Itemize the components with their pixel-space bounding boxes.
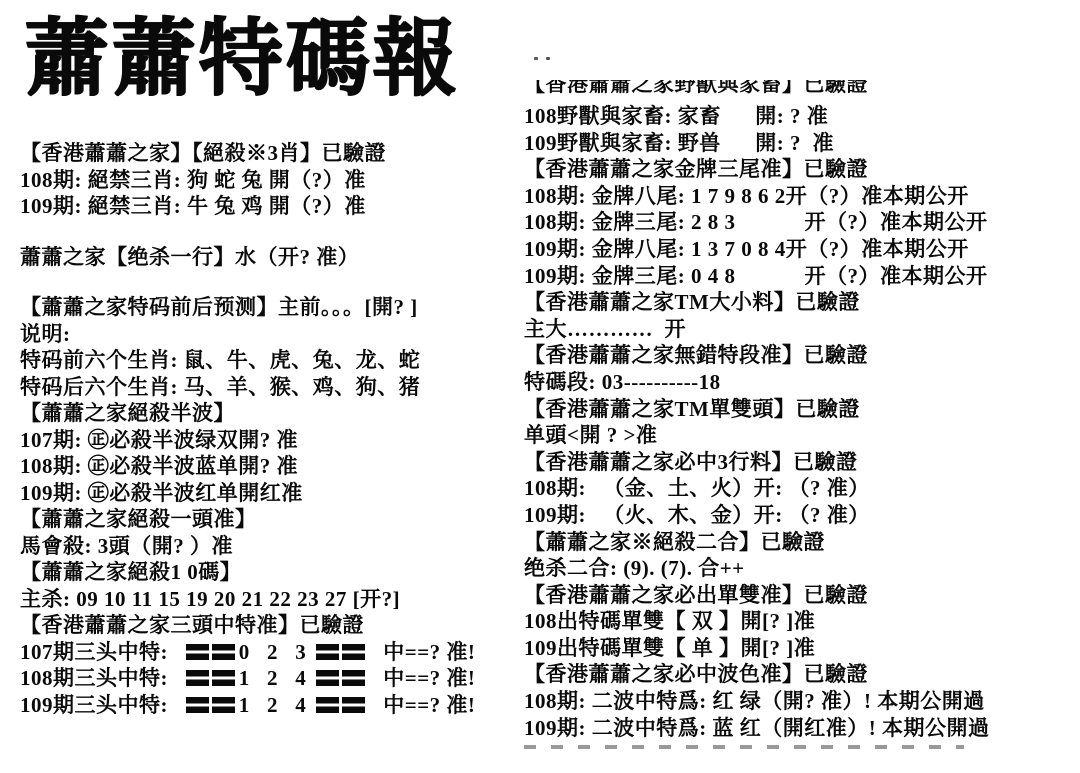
trigram-label: 109期三头中特: [20, 692, 174, 719]
page-title: 蕭蕭特碼報 [24, 10, 459, 109]
section-header: 【蕭蕭之家絕殺1 0碼】 [20, 559, 522, 586]
clipped-bottom-line [524, 745, 964, 749]
censored-blocks-icon [316, 670, 368, 686]
text-line: 109出特碼單雙【 单 】開[? ]准 [524, 635, 1076, 662]
text-line: 特码后六个生肖: 马、羊、猴、鸡、狗、猪 [20, 374, 522, 401]
text-line: 说明: [20, 321, 522, 348]
right-column: 【香港蕭蕭之家野獸與家畜】已驗證 108野獸與家畜: 家畜 開: ? 准 109… [524, 44, 1076, 749]
text-line: 108期: （金、土、火）开: （? 准） [524, 475, 1076, 502]
trigram-label: 107期三头中特: [20, 639, 174, 666]
section-header: 【蕭蕭之家※絕殺二合】已驗證 [524, 529, 1076, 556]
trigram-result: 中==? 准! [383, 692, 475, 719]
text-line: 109期: 二波中特爲: 蓝 红（開红准）! 本期公開過 [524, 715, 1076, 742]
text-line: 108期: 二波中特爲: 红 绿（開? 准）! 本期公開過 [524, 688, 1076, 715]
text-line: 108出特碼單雙【 双 】開[? ]准 [524, 608, 1076, 635]
trigram-line: 108期三头中特: 1 2 4 中==? 准! [20, 665, 522, 692]
text-line: 108期: ㊣必殺半波蓝单開? 准 [20, 453, 522, 480]
text-line: 单頭<開 ? >准 [524, 422, 1076, 449]
text-line: 蕭蕭之家【绝杀一行】水（开? 准） [20, 244, 522, 271]
trigram-result: 中==? 准! [383, 665, 475, 692]
text-line: 108期: 金牌三尾: 2 8 3 开（?）准本期公开 [524, 209, 1076, 236]
text-line: 主大………… 开 [524, 316, 1076, 343]
text-line: 107期: ㊣必殺半波绿双開? 准 [20, 427, 522, 454]
section-header: 【香港蕭蕭之家】【絕殺※3肖】已驗證 [20, 140, 522, 167]
scan-noise-dots [524, 44, 1076, 80]
censored-blocks-icon [316, 697, 368, 713]
trigram-line: 107期三头中特: 0 2 3 中==? 准! [20, 639, 522, 666]
text-line: 109野獸與家畜: 野兽 開: ? 准 [524, 130, 1076, 157]
text-line: 109期: 絕禁三肖: 牛 兔 鸡 開（?）准 [20, 193, 522, 220]
text-line: 108野獸與家畜: 家畜 開: ? 准 [524, 103, 1076, 130]
text-line: 馬會殺: 3頭（開? ）准 [20, 533, 522, 560]
section-header: 【香港蕭蕭之家TM單雙頭】已驗證 [524, 396, 1076, 423]
section-header: 【香港蕭蕭之家TM大小料】已驗證 [524, 289, 1076, 316]
section-header: 【香港蕭蕭之家無錯特段准】已驗證 [524, 342, 1076, 369]
censored-blocks-icon [316, 644, 368, 660]
scanned-lottery-sheet: 蕭蕭特碼報 【香港蕭蕭之家】【絕殺※3肖】已驗證 108期: 絕禁三肖: 狗 蛇… [0, 0, 1080, 773]
trigram-line: 109期三头中特: 1 2 4 中==? 准! [20, 692, 522, 719]
trigram-numbers: 0 2 3 [239, 639, 307, 666]
section-header: 【蕭蕭之家特码前后预测】主前。。。[開? ] [20, 294, 522, 321]
text-line: 108期: 絕禁三肖: 狗 蛇 兔 開（?）准 [20, 167, 522, 194]
section-header: 【香港蕭蕭之家必中3行料】已驗證 [524, 449, 1076, 476]
text-line: 主杀: 09 10 11 15 19 20 21 22 23 27 [开?] [20, 586, 522, 613]
trigram-result: 中==? 准! [383, 639, 475, 666]
left-column: 【香港蕭蕭之家】【絕殺※3肖】已驗證 108期: 絕禁三肖: 狗 蛇 兔 開（?… [20, 140, 522, 718]
text-line: 109期: 金牌八尾: 1 3 7 0 8 4开（?）准本期公开 [524, 236, 1076, 263]
section-header: 【香港蕭蕭之家野獸與家畜】已驗證 [524, 80, 1076, 96]
text-line: 特码前六个生肖: 鼠、牛、虎、兔、龙、蛇 [20, 347, 522, 374]
text-line: 109期: ㊣必殺半波红单開红准 [20, 480, 522, 507]
section-header: 【香港蕭蕭之家必中波色准】已驗證 [524, 661, 1076, 688]
text-line: 108期: 金牌八尾: 1 7 9 8 6 2开（?）准本期公开 [524, 183, 1076, 210]
trigram-numbers: 1 2 4 [239, 692, 307, 719]
text-line: 109期: 金牌三尾: 0 4 8 开（?）准本期公开 [524, 263, 1076, 290]
section-header: 【香港蕭蕭之家必出單雙准】已驗證 [524, 582, 1076, 609]
text-line: 绝杀二合: (9). (7). 合++ [524, 555, 1076, 582]
section-header: 【蕭蕭之家絕殺一頭准】 [20, 506, 522, 533]
text-line: 特碼段: 03----------18 [524, 369, 1076, 396]
section-header: 【蕭蕭之家絕殺半波】 [20, 400, 522, 427]
censored-blocks-icon [186, 697, 238, 713]
censored-blocks-icon [186, 670, 238, 686]
clipped-header-line: 【香港蕭蕭之家野獸與家畜】已驗證 [524, 80, 1076, 96]
section-header: 【香港蕭蕭之家金牌三尾准】已驗證 [524, 156, 1076, 183]
censored-blocks-icon [186, 644, 238, 660]
section-header: 【香港蕭蕭之家三頭中特准】已驗證 [20, 612, 522, 639]
trigram-label: 108期三头中特: [20, 665, 174, 692]
trigram-numbers: 1 2 4 [239, 665, 307, 692]
text-line: 109期: （火、木、金）开: （? 准） [524, 502, 1076, 529]
